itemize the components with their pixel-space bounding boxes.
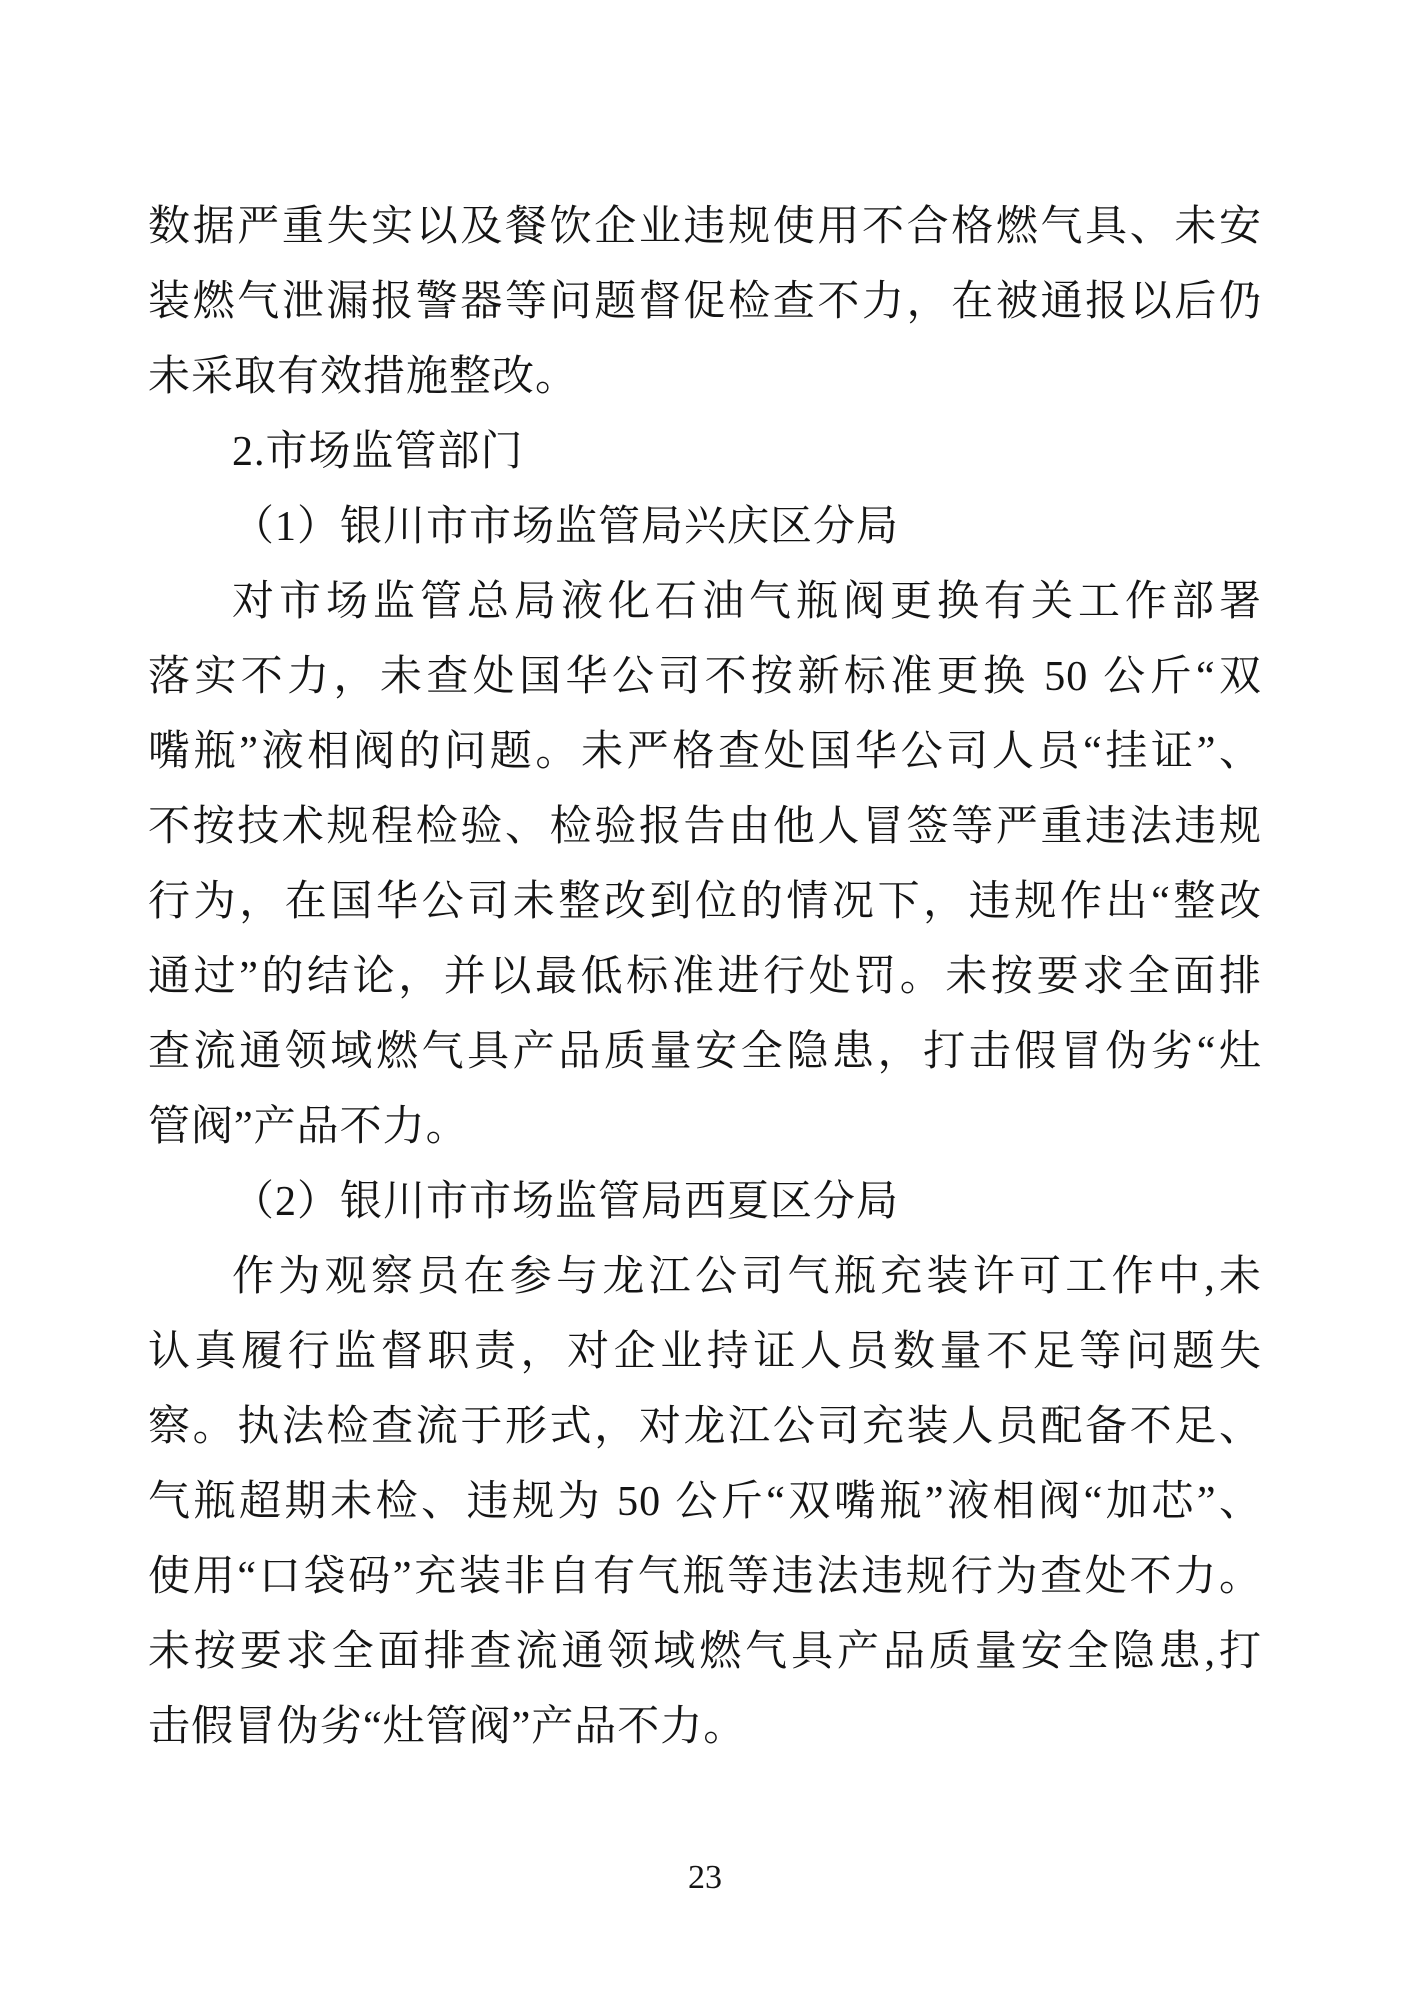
text-line: （1）银川市市场监管局兴庆区分局 xyxy=(148,490,1262,565)
text-line: 数据严重失实以及餐饮企业违规使用不合格燃气具、未安 xyxy=(148,190,1262,265)
paragraph-xingqing-findings: 对市场监管总局液化石油气瓶阀更换有关工作部署 落实不力，未查处国华公司不按新标准… xyxy=(148,565,1262,1165)
text-line: 不按技术规程检验、检验报告由他人冒签等严重违法违规 xyxy=(148,790,1262,865)
text-line: 作为观察员在参与龙江公司气瓶充装许可工作中,未 xyxy=(148,1240,1262,1315)
text-line: 未按要求全面排查流通领域燃气具产品质量安全隐患,打 xyxy=(148,1615,1262,1690)
page-footer: 23 xyxy=(148,1853,1262,1903)
subsection-heading-xixia-branch: （2）银川市市场监管局西夏区分局 xyxy=(148,1165,1262,1240)
text-line: 对市场监管总局液化石油气瓶阀更换有关工作部署 xyxy=(148,565,1262,640)
text-line: 装燃气泄漏报警器等问题督促检查不力，在被通报以后仍 xyxy=(148,265,1262,340)
section-heading-market-regulation: 2.市场监管部门 xyxy=(148,415,1262,490)
paragraph-xixia-findings: 作为观察员在参与龙江公司气瓶充装许可工作中,未 认真履行监督职责，对企业持证人员… xyxy=(148,1240,1262,1765)
text-line: （2）银川市市场监管局西夏区分局 xyxy=(148,1165,1262,1240)
text-line: 未采取有效措施整改。 xyxy=(148,340,1262,415)
paragraph-continuation: 数据严重失实以及餐饮企业违规使用不合格燃气具、未安 装燃气泄漏报警器等问题督促检… xyxy=(148,190,1262,415)
text-line: 落实不力，未查处国华公司不按新标准更换 50 公斤“双 xyxy=(148,640,1262,715)
document-page: 数据严重失实以及餐饮企业违规使用不合格燃气具、未安 装燃气泄漏报警器等问题督促检… xyxy=(0,0,1414,2000)
page-number: 23 xyxy=(688,1853,722,1903)
text-line: 管阀”产品不力。 xyxy=(148,1090,1262,1165)
text-line: 行为，在国华公司未整改到位的情况下，违规作出“整改 xyxy=(148,865,1262,940)
text-line: 嘴瓶”液相阀的问题。未严格查处国华公司人员“挂证”、 xyxy=(148,715,1262,790)
text-line: 击假冒伪劣“灶管阀”产品不力。 xyxy=(148,1690,1262,1765)
text-line: 通过”的结论，并以最低标准进行处罚。未按要求全面排 xyxy=(148,940,1262,1015)
text-line: 查流通领域燃气具产品质量安全隐患，打击假冒伪劣“灶 xyxy=(148,1015,1262,1090)
text-line: 使用“口袋码”充装非自有气瓶等违法违规行为查处不力。 xyxy=(148,1540,1262,1615)
text-line: 认真履行监督职责，对企业持证人员数量不足等问题失 xyxy=(148,1315,1262,1390)
text-line: 气瓶超期未检、违规为 50 公斤“双嘴瓶”液相阀“加芯”、 xyxy=(148,1465,1262,1540)
text-line: 察。执法检查流于形式，对龙江公司充装人员配备不足、 xyxy=(148,1390,1262,1465)
subsection-heading-xingqing-branch: （1）银川市市场监管局兴庆区分局 xyxy=(148,490,1262,565)
text-line: 2.市场监管部门 xyxy=(148,415,1262,490)
